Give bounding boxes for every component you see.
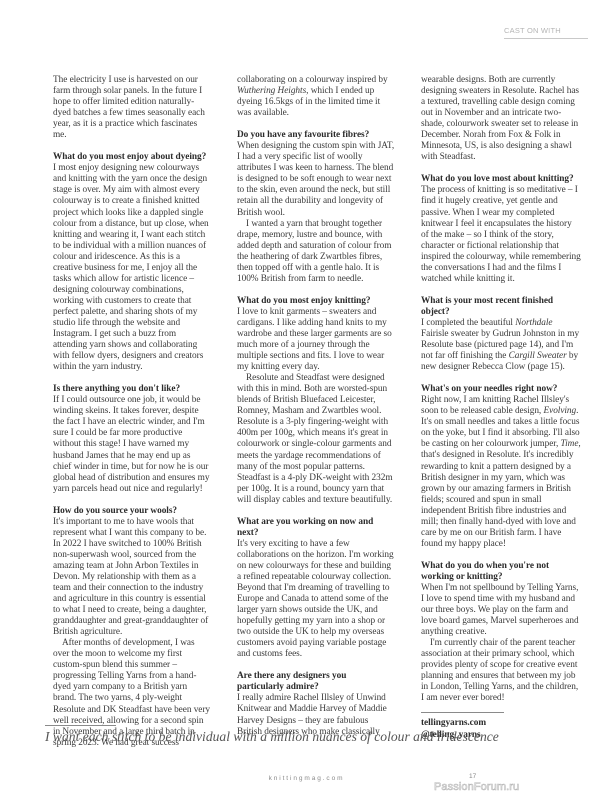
paragraph: It's important to me to have wools that …: [53, 517, 211, 639]
divider: [421, 712, 504, 713]
paragraph: wearable designs. Both are currently des…: [421, 75, 581, 163]
paragraph: collaborating on a colourway inspired by…: [237, 75, 395, 119]
column-3: wearable designs. Both are currently des…: [421, 75, 581, 749]
question-heading: What's on your needles right now?: [421, 384, 581, 395]
paragraph: I love to knit garments – sweaters and c…: [237, 307, 395, 373]
column-1: The electricity I use is harvested on ou…: [53, 75, 211, 749]
footer-website: knittingmag.com: [0, 775, 613, 782]
question-heading: How do you source your wools?: [53, 506, 211, 517]
paragraph: I wanted a yarn that brought together dr…: [237, 219, 395, 285]
question-heading: What are you working on now and next?: [237, 517, 395, 539]
question-heading: What do you do when you're not working o…: [421, 561, 581, 583]
question-heading: What do you love most about knitting?: [421, 174, 581, 185]
text: , that's designed in Resolute. It's incr…: [421, 439, 581, 548]
paragraph: If I could outsource one job, it would b…: [53, 395, 211, 494]
pattern-title: Evolving: [543, 406, 576, 416]
pull-quote-divider: [45, 725, 116, 726]
question-heading: Do you have any favourite fibres?: [237, 130, 395, 141]
paragraph: When designing the custom spin with JAT,…: [237, 141, 395, 218]
paragraph: I'm currently chair of the parent teache…: [421, 638, 581, 704]
question-heading: Is there anything you don't like?: [53, 384, 211, 395]
watermark: PassionForum.ru: [434, 781, 519, 793]
section-tag: CAST ON WITH: [504, 26, 588, 39]
pattern-title: Northdale: [515, 318, 552, 328]
article-columns: The electricity I use is harvested on ou…: [53, 75, 593, 749]
pull-quote: I want each stitch to be individual with…: [45, 729, 605, 745]
website-link[interactable]: tellingyarns.com: [421, 718, 581, 729]
question-heading: Are there any designers you particularly…: [237, 671, 395, 693]
question-heading: What do you most enjoy about dyeing?: [53, 152, 211, 163]
paragraph: When I'm not spellbound by Telling Yarns…: [421, 583, 581, 638]
paragraph: Right now, I am knitting Rachel Illsley'…: [421, 395, 581, 550]
column-2: collaborating on a colourway inspired by…: [237, 75, 395, 749]
question-heading: What do you most enjoy knitting?: [237, 296, 395, 307]
paragraph: Resolute and Steadfast were designed wit…: [237, 373, 395, 506]
pattern-title: Time: [561, 439, 579, 449]
text: I completed the beautiful: [421, 318, 515, 328]
page-number: 17: [469, 773, 476, 780]
pattern-title: Cargill Sweater: [509, 351, 567, 361]
text: collaborating on a colourway inspired by: [237, 75, 388, 85]
paragraph: I completed the beautiful Northdale Fair…: [421, 318, 581, 373]
paragraph: It's very exciting to have a few collabo…: [237, 539, 395, 661]
book-title: Wuthering Heights: [237, 86, 306, 96]
paragraph: The process of knitting is so meditative…: [421, 185, 581, 284]
paragraph: The electricity I use is harvested on ou…: [53, 75, 211, 141]
paragraph: I most enjoy designing new colourways an…: [53, 163, 211, 373]
question-heading: What is your most recent finished object…: [421, 296, 581, 318]
